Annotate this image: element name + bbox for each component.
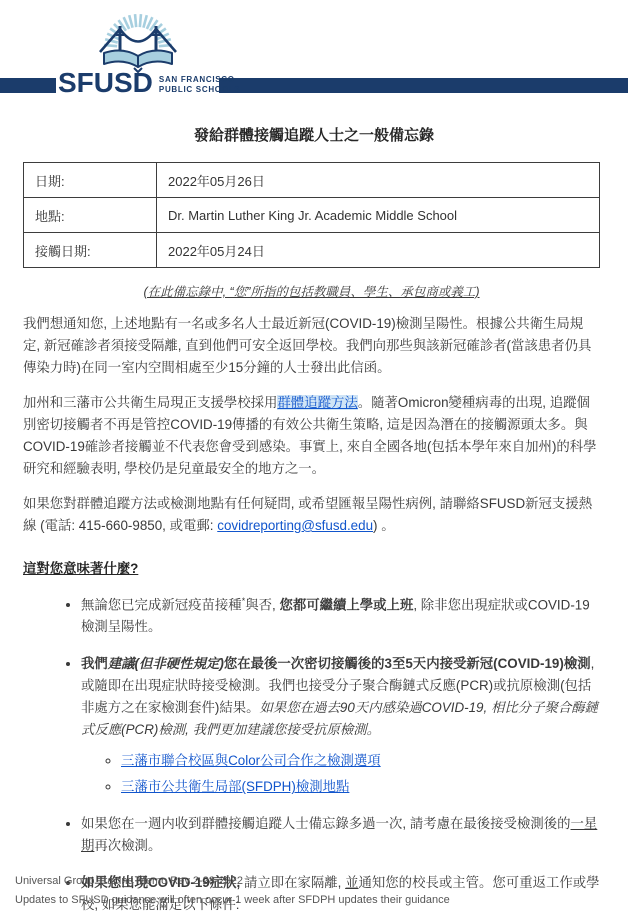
memo-body: 日期: 2022年05月26日 地點: Dr. Martin Luther Ki… — [0, 162, 628, 916]
list-item: 三藩市聯合校區與Color公司合作之檢測選項 — [121, 750, 600, 772]
bullet-list: 無論您已完成新冠疫苗接種*與否, 您都可繼續上學或上班, 除非您出現症狀或COV… — [23, 590, 600, 916]
header-left-bar — [0, 78, 56, 93]
footer-updates-note: Updates to SFUSD guidance will often occ… — [15, 891, 450, 910]
testing-links-list: 三藩市聯合校區與Color公司合作之檢測選項 三藩市公共衛生局部(SFDPH)檢… — [81, 750, 600, 798]
paragraph-notification: 我們想通知您, 上述地點有一名或多名人士最近新冠(COVID-19)檢測呈陽性。… — [23, 313, 600, 379]
paragraph-contact-info: 如果您對群體追蹤方法或檢測地點有任何疑問, 或希望匯報呈陽性病例, 請聯絡SFU… — [23, 493, 600, 537]
bullet-continue-school: 無論您已完成新冠疫苗接種*與否, 您都可繼續上學或上班, 除非您出現症狀或COV… — [81, 590, 600, 638]
date-label: 日期: — [24, 163, 157, 198]
sfusd-logo: SFUSD SAN FRANCISCO PUBLIC SCHOOLS — [58, 2, 223, 96]
header: SFUSD SAN FRANCISCO PUBLIC SCHOOLS — [0, 0, 628, 112]
sfdph-testing-sites-link[interactable]: 三藩市公共衛生局部(SFDPH)檢測地點 — [121, 779, 349, 794]
header-right-bar — [219, 78, 628, 93]
logo-name-line2: PUBLIC SCHOOLS — [159, 85, 240, 94]
page-title: 發給群體接觸追蹤人士之一般備忘錄 — [0, 124, 628, 145]
footer-revision: Universal Group Tracing Memo Rev 2-28-20… — [15, 872, 450, 891]
section-heading: 這對您意味著什麼? — [23, 558, 138, 577]
date-value: 2022年05月26日 — [157, 163, 600, 198]
logo-name-line1: SAN FRANCISCO — [159, 75, 235, 84]
bullet-testing-recommendation: 我們建議(但非硬性規定)您在最後一次密切接觸後的3至5天内接受新冠(COVID-… — [81, 653, 600, 798]
sfusd-bridge-book-icon — [84, 2, 192, 74]
color-testing-options-link[interactable]: 三藩市聯合校區與Color公司合作之檢測選項 — [121, 753, 381, 768]
table-row: 接觸日期: 2022年05月24日 — [24, 233, 600, 268]
table-row: 日期: 2022年05月26日 — [24, 163, 600, 198]
location-value: Dr. Martin Luther King Jr. Academic Midd… — [157, 198, 600, 233]
bullet-retest-week: 如果您在一週内收到群體接觸追蹤人士備忘錄多過一次, 請考慮在最後接受檢測後的一星… — [81, 813, 600, 857]
covid-reporting-email-link[interactable]: covidreporting@sfusd.edu — [217, 518, 373, 533]
info-table: 日期: 2022年05月26日 地點: Dr. Martin Luther Ki… — [23, 162, 600, 268]
exposure-date-label: 接觸日期: — [24, 233, 157, 268]
table-row: 地點: Dr. Martin Luther King Jr. Academic … — [24, 198, 600, 233]
footer: Universal Group Tracing Memo Rev 2-28-20… — [15, 872, 450, 910]
list-item: 三藩市公共衛生局部(SFDPH)檢測地點 — [121, 776, 600, 798]
logo-acronym: SFUSD — [58, 70, 153, 96]
definition-note: (在此備忘錄中, “您”所指的包括教職員、學生、承包商或義工) — [23, 282, 600, 300]
logo-name: SAN FRANCISCO PUBLIC SCHOOLS — [159, 75, 240, 95]
paragraph-group-tracing: 加州和三藩市公共衛生局現正支援學校採用群體追蹤方法。隨著Omicron變種病毒的… — [23, 392, 600, 480]
group-tracing-link[interactable]: 群體追蹤方法 — [277, 395, 357, 410]
location-label: 地點: — [24, 198, 157, 233]
exposure-date-value: 2022年05月24日 — [157, 233, 600, 268]
